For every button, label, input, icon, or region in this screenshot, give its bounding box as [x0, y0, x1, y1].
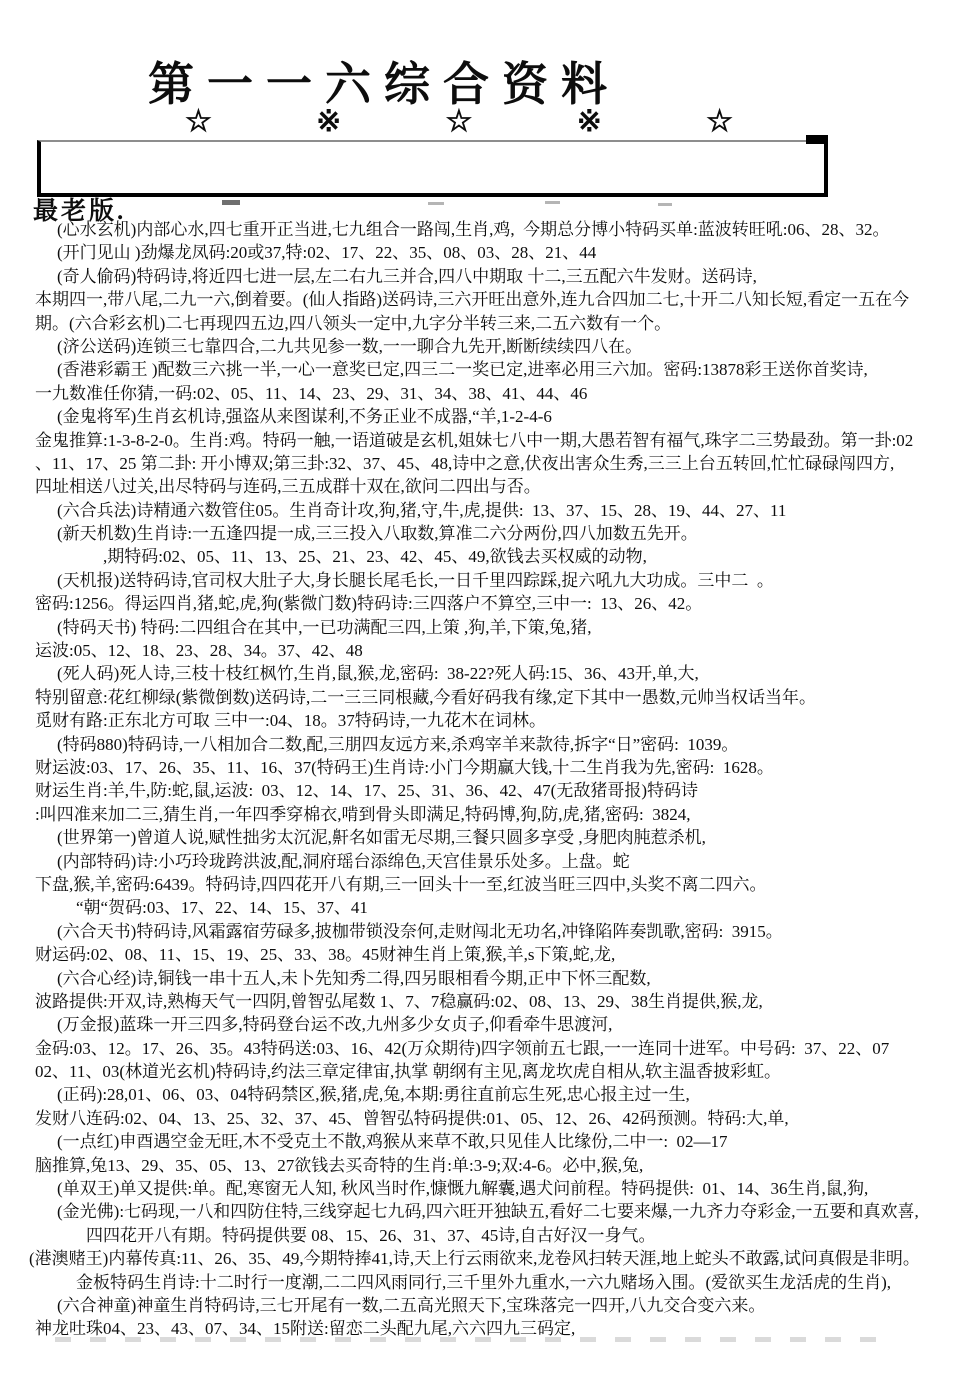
text-line: 四四花开八有期。特码提供要 08、15、26、31、37、45诗,自古好汉一身气…	[0, 1224, 980, 1247]
text-line: (单双王)单又提供:单。配,寒窗无人知, 秋风当时作,慷慨九解囊,遇犬问前程。特…	[0, 1177, 980, 1200]
text-line: “朝“贺码:03、17、22、14、15、37、41	[0, 896, 980, 919]
text-line: 脑推算,兔13、29、35、05、13、27欲钱去买奇特的生肖:单:3-9;双:…	[0, 1154, 980, 1177]
text-line: 本期四一,带八尾,二九一六,倒着要。(仙人指路)送码诗,三六开旺出意外,连九合四…	[0, 288, 980, 311]
text-line: (六合天书)特码诗,风霜露宿劳碌多,披枷带锁没奈何,走财闯北无功名,冲锋陷阵奏凯…	[0, 920, 980, 943]
text-line: 密码:1256。得运四肖,猪,蛇,虎,狗(紫微门数)特码诗:三四落户不算空,三中…	[0, 592, 980, 615]
text-line: (六合兵法)诗精通六数管住05。生肖奇计攻,狗,猪,守,牛,虎,提供: 13、3…	[0, 499, 980, 522]
text-line: 02、11、03(林道光玄机)特码诗,约法三章定律宙,执掌 朝纲有主见,离龙坎虎…	[0, 1060, 980, 1083]
scan-artifact	[428, 202, 444, 205]
text-line: (开门见山 )劲爆龙凤码:20或37,特:02、17、22、35、08、03、2…	[0, 241, 980, 264]
text-line: (死人码)死人诗,三枝十枝红枫竹,生肖,鼠,猴,龙,密码: 38-22?死人码:…	[0, 662, 980, 685]
text-line: 财运生肖:羊,牛,防:蛇,鼠,运波: 03、12、14、17、25、31、36、…	[0, 779, 980, 802]
scan-artifact	[658, 203, 672, 206]
text-line: (六合神童)神童生肖特码诗,三七开尾有一数,二五高光照天下,宝珠落完一四开,八九…	[0, 1294, 980, 1317]
text-line: 运波:05、12、18、23、28、34。37、42、48	[0, 639, 980, 662]
text-line: (金鬼将军)生肖玄机诗,强盗从来图谋利,不务正业不成器,“羊,1-2-4-6	[0, 405, 980, 428]
text-line: (金光佛):七码现,一八和四防住特,三线穿起七九码,四六旺开独缺五,看好二七要来…	[0, 1200, 980, 1223]
text-line: 金码:03、12。17、26、35。43特码送:03、16、42(万众期待)四字…	[0, 1037, 980, 1060]
text-line: (心水玄机)内部心水,四七重开正当进,七九组合一路闯,生肖,鸡, 今期总分博小特…	[0, 218, 980, 241]
content-lines: (心水玄机)内部心水,四七重开正当进,七九组合一路闯,生肖,鸡, 今期总分博小特…	[0, 218, 980, 1341]
text-line: 发财八连码:02、04、13、25、32、37、45、曾智弘特码提供:01、05…	[0, 1107, 980, 1130]
stars-row: ☆※☆※☆	[185, 104, 733, 140]
reference-mark-icon: ※	[316, 104, 341, 140]
scan-artifact	[545, 201, 560, 204]
text-line: 四址相送八过关,出尽特码与连码,三五成群十双在,欲问二四出与否。	[0, 475, 980, 498]
text-line: (港澳赌王)内幕传真:11、26、35、49,今期特捧41,诗,天上行云雨欲来,…	[0, 1247, 980, 1270]
text-line: 特别留意:花红柳绿(紫微倒数)送码诗,二一三三同根藏,今看好码我有缘,定下其中一…	[0, 686, 980, 709]
reference-mark-icon: ※	[577, 104, 602, 140]
text-line: (特码880)特码诗,一八相加合二数,配,三朋四友远方来,杀鸡宰羊来款待,拆字“…	[0, 733, 980, 756]
text-line: (正码):28,01、06、03、04特码禁区,猴,猪,虎,兔,本期:勇往直前忘…	[0, 1083, 980, 1106]
star-icon: ☆	[185, 104, 212, 140]
star-icon: ☆	[706, 104, 733, 140]
text-line: 金鬼推算:1-3-8-2-0。生肖:鸡。特码一触,一语道破是玄机,姐妹七八中一期…	[0, 429, 980, 452]
text-line: 、11、17、25 第二卦: 开小博双;第三卦:32、37、45、48,诗中之意…	[0, 452, 980, 475]
frame-corner-mark	[806, 135, 828, 144]
scan-artifact	[222, 200, 240, 205]
text-line: (世界第一)曾道人说,赋性拙劣太沉泥,鼾名如雷无尽期,三餐只圆多享受 ,身肥肉肫…	[0, 826, 980, 849]
text-line: 财运波:03、17、26、35、11、16、37(特码王)生肖诗:小门今期赢大钱…	[0, 756, 980, 779]
text-line: :叫四准来加二三,猜生肖,一年四季穿棉衣,啃到骨头即满足,特码博,狗,防,虎,猪…	[0, 803, 980, 826]
text-line: 觅财有路:正东北方可取 三中一:04、18。37特码诗,一九花木在词林。	[0, 709, 980, 732]
text-line: (内部特码)诗:小巧玲珑跨洪波,配,洞府瑶台添绵色,天宫佳景乐处多。上盘。蛇	[0, 850, 980, 873]
empty-frame	[37, 140, 828, 197]
scan-artifact-strip	[55, 1337, 883, 1342]
text-line: 波路提供:开双,诗,熟梅天气一四阴,曾智弘尾数 1、7、7稳赢码:02、08、1…	[0, 990, 980, 1013]
star-icon: ☆	[446, 104, 473, 140]
text-line: (一点红)申酉遇空金无旺,木不受克土不散,鸡猴从来草不敢,只见佳人比缘份,二中一…	[0, 1130, 980, 1153]
text-line: 一九数准任你猜,一码:02、05、11、14、23、29、31、34、38、41…	[0, 382, 980, 405]
text-line: (天机报)送特码诗,官司权大肚子大,身长腿长尾毛长,一日千里四踪踩,捉六吼九大功…	[0, 569, 980, 592]
text-line: (新天机数)生肖诗:一五逢四提一成,三三投入八取数,算准二六分两份,四八加数五先…	[0, 522, 980, 545]
text-line: 财运码:02、08、11、15、19、25、33、38。45财神生肖上策,猴,羊…	[0, 943, 980, 966]
text-line: 期。(六合彩玄机)二七再现四五边,四八领头一定中,九字分半转三来,二五六数有一个…	[0, 312, 980, 335]
text-line: (济公送码)连锁三七靠四合,二九共见参一数,一一聊合九先开,断断续续四八在。	[0, 335, 980, 358]
text-line: 金板特码生肖诗:十二时行一度潮,二二四风雨同行,三千里外九重水,一六九赌场入围。…	[0, 1271, 980, 1294]
text-line: (万金报)蓝珠一开三四多,特码登台运不改,九州多少女贞子,仰看牵牛思渡河,	[0, 1013, 980, 1036]
text-line: (香港彩霸王 )配数三六挑一半,一心一意奖已定,四三二一奖已定,进率必用三六加。…	[0, 358, 980, 381]
text-line: (奇人偷码)特码诗,将近四七进一层,左二右九三并合,四八中期取 十二,三五配六牛…	[0, 265, 980, 288]
text-line: ,期特码:02、05、11、13、25、21、23、42、45、49,欲钱去买权…	[0, 545, 980, 568]
text-line: 下盘,猴,羊,密码:6439。特码诗,四四花开八有期,三一回头十一至,红波当旺三…	[0, 873, 980, 896]
text-line: (六合心经)诗,铜钱一串十五人,未卜先知秀二得,四另眼相看今期,正中下怀三配数,	[0, 967, 980, 990]
text-line: (特码天书) 特码:二四组合在其中,一已功满配三四,上策 ,狗,羊,下策,兔,猪…	[0, 616, 980, 639]
